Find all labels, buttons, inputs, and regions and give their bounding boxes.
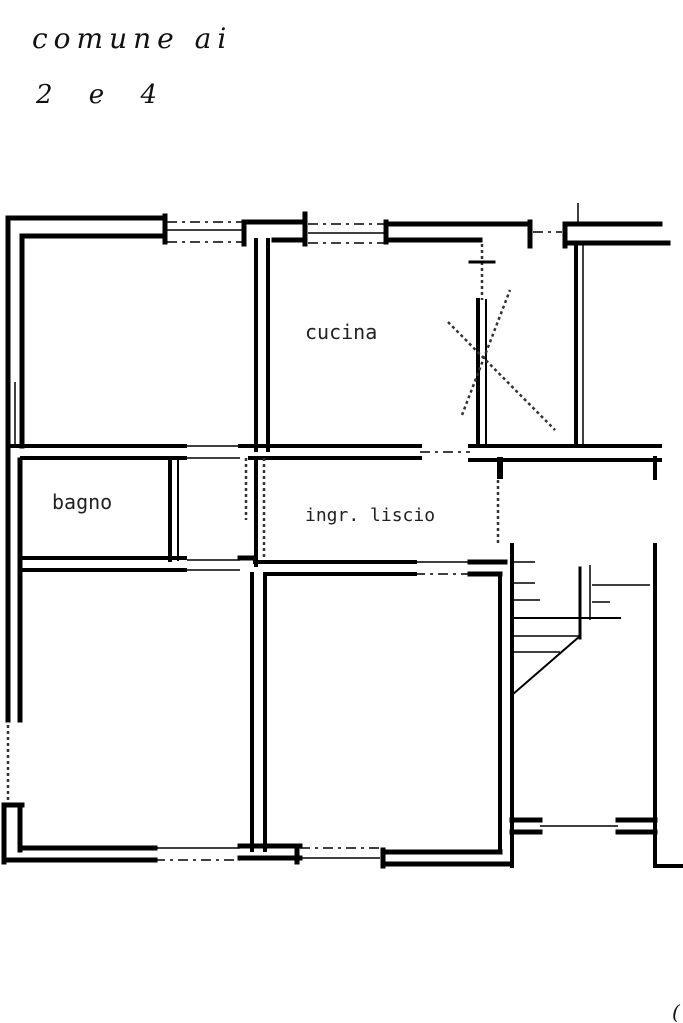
- room-label-cucina: cucina: [305, 320, 377, 344]
- stairwell: [512, 545, 683, 866]
- room-label-bagno: bagno: [52, 490, 112, 514]
- exterior-walls: [4, 203, 668, 866]
- room-label-ingresso: ingr. liscio: [305, 505, 435, 526]
- corner-mark: (: [672, 1000, 680, 1023]
